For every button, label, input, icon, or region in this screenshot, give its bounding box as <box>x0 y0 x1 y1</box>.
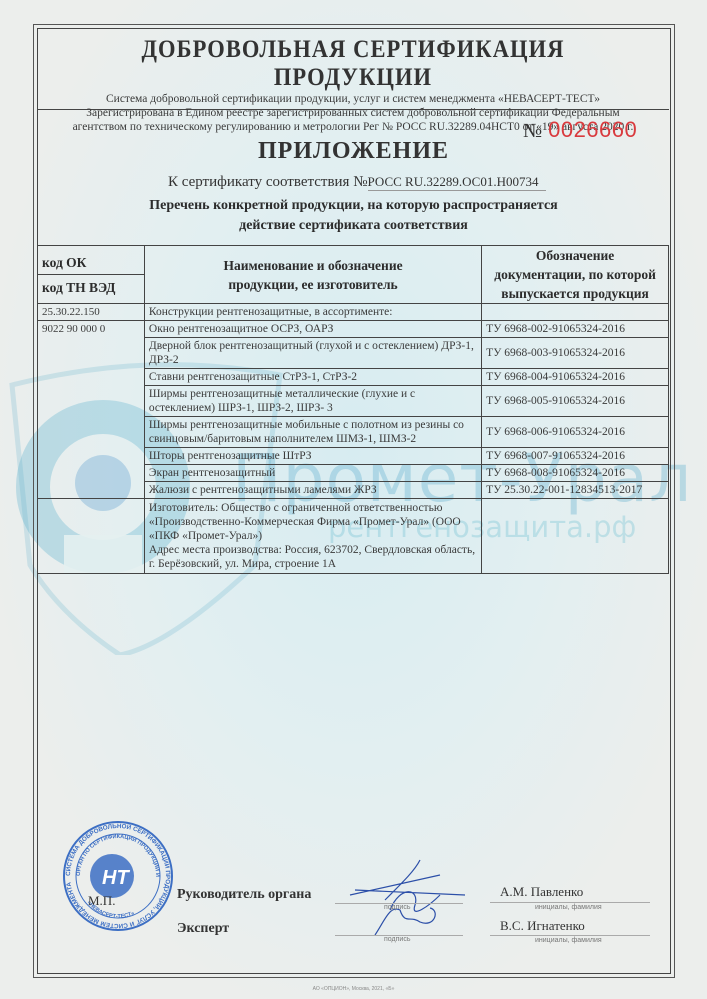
expert-signature-caption: подпись <box>384 936 410 943</box>
header-name-line-2: продукции, ее изготовитель <box>149 275 477 294</box>
table-row: Ставни рентгенозащитные СтРЗ-1, СтРЗ-2ТУ… <box>38 369 669 386</box>
product-name: Окно рентгенозащитное ОСРЗ, ОАРЗ <box>144 321 481 338</box>
header-product-name: Наименование и обозначение продукции, ее… <box>144 246 481 304</box>
product-documentation: ТУ 6968-007-91065324-2016 <box>482 448 669 465</box>
product-documentation <box>482 304 669 321</box>
table-row: 9022 90 000 0Окно рентгенозащитное ОСРЗ,… <box>38 321 669 338</box>
product-code <box>38 465 145 482</box>
header-doc-line-3: выпускается продукция <box>486 284 664 303</box>
product-code <box>38 338 145 369</box>
table-header-row: код ОК код ТН ВЭД Наименование и обознач… <box>38 246 669 304</box>
manufacturer-line-2: «Производственно-Коммерческая Фирма «Про… <box>149 515 477 529</box>
product-documentation: ТУ 6968-002-91065324-2016 <box>482 321 669 338</box>
head-name-line <box>490 902 650 903</box>
expert-name-caption: инициалы, фамилия <box>535 937 602 944</box>
svg-text:НТ: НТ <box>102 867 130 889</box>
certificate-prefix: К сертификату соответствия № <box>168 174 368 190</box>
address-line-1: Адрес места производства: Россия, 623702… <box>149 543 477 557</box>
expert-name: В.С. Игнатенко <box>500 918 585 934</box>
manufacturer-cell: Изготовитель: Общество с ограниченной от… <box>144 499 481 574</box>
list-subtitle: Перечень конкретной продукции, на котору… <box>0 196 707 236</box>
header-name-line-1: Наименование и обозначение <box>149 256 477 275</box>
certification-stamp: СИСТЕМА ДОБРОВОЛЬНОЙ СЕРТИФИКАЦИИ ПРОДУК… <box>62 820 174 932</box>
appendix-title: ПРИЛОЖЕНИЕ <box>0 138 707 165</box>
products-table: код ОК код ТН ВЭД Наименование и обознач… <box>37 245 669 574</box>
table-row: Ширмы рентгенозащитные мобильные с полот… <box>38 417 669 448</box>
table-row: Шторы рентгенозащитные ШтРЗТУ 6968-007-9… <box>38 448 669 465</box>
seal-place-label: М.П. <box>88 893 115 909</box>
head-name: А.М. Павленко <box>500 884 583 900</box>
head-of-body-label: Руководитель органа <box>177 887 311 903</box>
product-name: Ширмы рентгенозащитные металлические (гл… <box>144 386 481 417</box>
certification-header: ДОБРОВОЛЬНАЯ СЕРТИФИКАЦИЯ ПРОДУКЦИИ Сист… <box>37 28 669 110</box>
product-documentation: ТУ 6968-006-91065324-2016 <box>482 417 669 448</box>
product-name: Шторы рентгенозащитные ШтРЗ <box>144 448 481 465</box>
head-signature-caption: подпись <box>384 904 410 911</box>
product-name: Дверной блок рентгенозащитный (глухой и … <box>144 338 481 369</box>
manufacturer-line-3: «ПКФ «Промет-Урал») <box>149 529 477 543</box>
table-row: 25.30.22.150Конструкции рентгенозащитные… <box>38 304 669 321</box>
header-documentation: Обозначение документации, по которой вып… <box>482 246 669 304</box>
printer-imprint: АО «ОПЦИОН», Москва, 2021, «Б» <box>0 986 707 992</box>
product-code <box>38 482 145 499</box>
header-code-tnved: код ТН ВЭД <box>38 275 144 298</box>
product-name: Жалюзи с рентгенозащитными ламелями ЖРЗ <box>144 482 481 499</box>
product-name: Конструкции рентгенозащитные, в ассортим… <box>144 304 481 321</box>
product-code: 9022 90 000 0 <box>38 321 145 338</box>
product-name: Ширмы рентгенозащитные мобильные с полот… <box>144 417 481 448</box>
expert-name-line <box>490 935 650 936</box>
product-documentation: ТУ 6968-003-91065324-2016 <box>482 338 669 369</box>
product-documentation: ТУ 25.30.22-001-12834513-2017 <box>482 482 669 499</box>
product-code <box>38 448 145 465</box>
header-doc-line-1: Обозначение <box>486 246 664 265</box>
product-name: Ставни рентгенозащитные СтРЗ-1, СтРЗ-2 <box>144 369 481 386</box>
table-row: Экран рентгенозащитныйТУ 6968-008-910653… <box>38 465 669 482</box>
certificate-reference: К сертификату соответствия №РОСС RU.3228… <box>168 174 546 191</box>
product-code <box>38 417 145 448</box>
product-name: Экран рентгенозащитный <box>144 465 481 482</box>
product-documentation: ТУ 6968-004-91065324-2016 <box>482 369 669 386</box>
subtitle-line-2: действие сертификата соответствия <box>0 216 707 236</box>
address-line-2: г. Берёзовский, ул. Мира, строение 1А <box>149 557 477 571</box>
product-code <box>38 369 145 386</box>
product-documentation: ТУ 6968-008-91065324-2016 <box>482 465 669 482</box>
header-title: ДОБРОВОЛЬНАЯ СЕРТИФИКАЦИЯ ПРОДУКЦИИ <box>69 36 638 92</box>
product-code: 25.30.22.150 <box>38 304 145 321</box>
table-body: 25.30.22.150Конструкции рентгенозащитные… <box>38 304 669 499</box>
product-code <box>38 386 145 417</box>
expert-label: Эксперт <box>177 921 229 937</box>
header-code-ok: код ОК <box>38 252 144 275</box>
certificate-number: РОСС RU.32289.ОС01.Н00734 <box>368 174 547 191</box>
table-row: Дверной блок рентгенозащитный (глухой и … <box>38 338 669 369</box>
table-row: Ширмы рентгенозащитные металлические (гл… <box>38 386 669 417</box>
subtitle-line-1: Перечень конкретной продукции, на котору… <box>0 196 707 216</box>
product-documentation: ТУ 6968-005-91065324-2016 <box>482 386 669 417</box>
header-codes: код ОК код ТН ВЭД <box>38 246 145 304</box>
manufacturer-line-1: Изготовитель: Общество с ограниченной от… <box>149 501 477 515</box>
manufacturer-code-cell <box>38 499 145 574</box>
manufacturer-row: Изготовитель: Общество с ограниченной от… <box>38 499 669 574</box>
table-row: Жалюзи с рентгенозащитными ламелями ЖРЗТ… <box>38 482 669 499</box>
header-line-1: Система добровольной сертификации продук… <box>37 92 669 106</box>
header-doc-line-2: документации, по которой <box>486 265 664 284</box>
head-name-caption: инициалы, фамилия <box>535 904 602 911</box>
manufacturer-doc-cell <box>482 499 669 574</box>
